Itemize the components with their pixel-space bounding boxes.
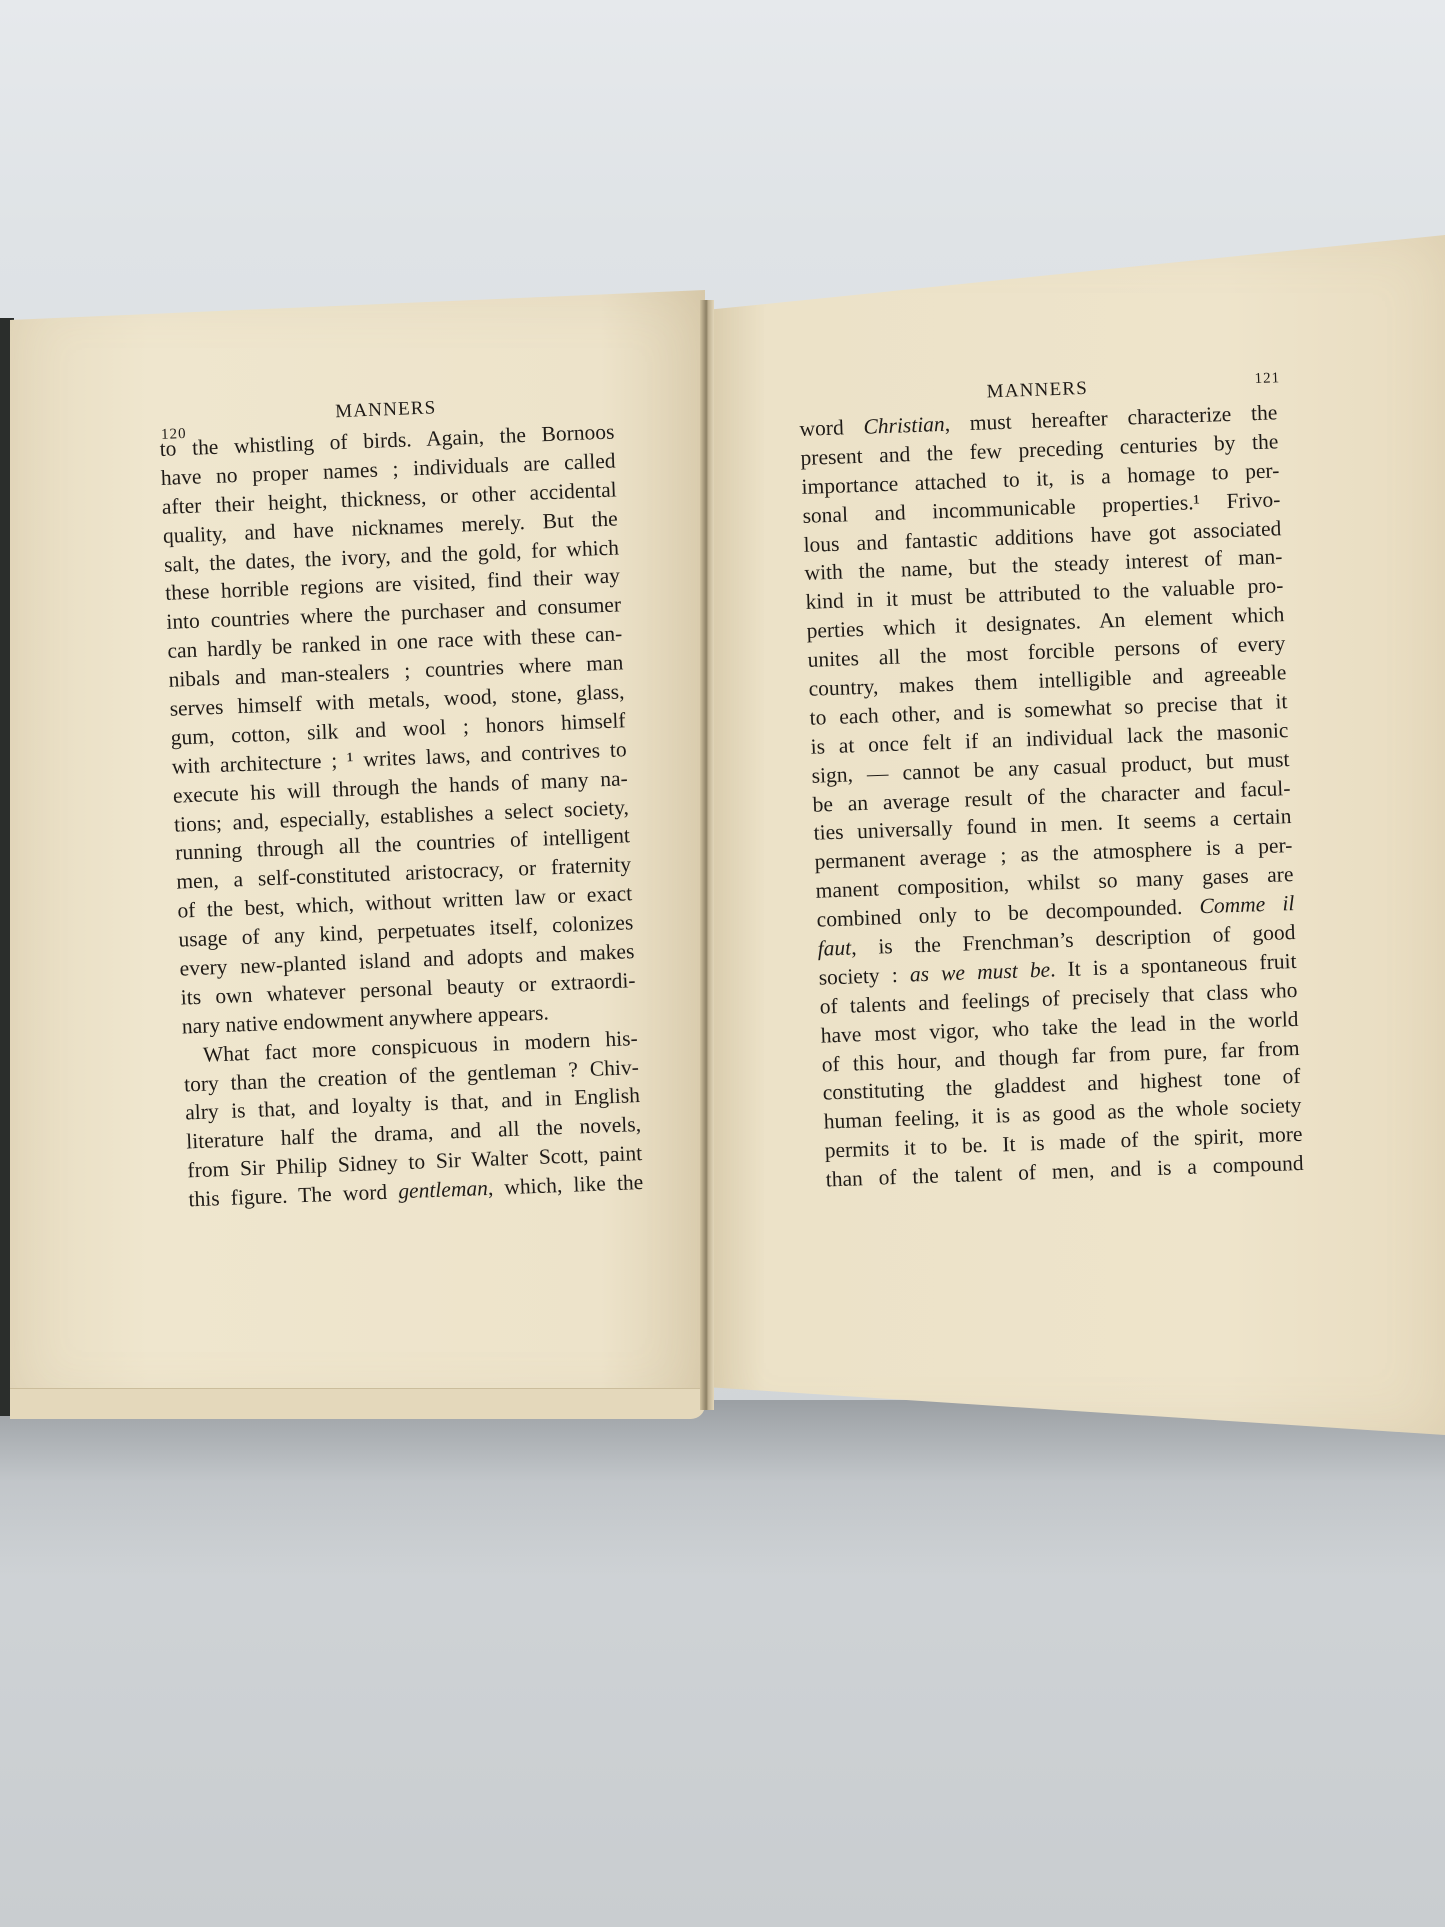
- text-span: , which, like the: [487, 1170, 643, 1200]
- italic-text: faut: [817, 936, 851, 961]
- right-page-text: MANNERS 121 word Christian, must hereaft…: [798, 368, 1304, 1194]
- table-shadow: [0, 1400, 1445, 1580]
- book-gutter: [700, 300, 714, 1410]
- italic-text: gentleman: [398, 1176, 488, 1203]
- page-stack-edge: [10, 1388, 705, 1419]
- left-page-text: 120 MANNERS to the whistling of birds. A…: [158, 388, 644, 1215]
- italic-text: Christian: [863, 412, 945, 439]
- italic-text: Comme il: [1199, 891, 1295, 918]
- italic-text: as we must be: [909, 957, 1050, 986]
- page-number-right: 121: [1254, 364, 1280, 394]
- text-span: word: [799, 415, 864, 441]
- text-span: this figure. The word: [188, 1180, 399, 1212]
- text-span: society :: [818, 962, 910, 989]
